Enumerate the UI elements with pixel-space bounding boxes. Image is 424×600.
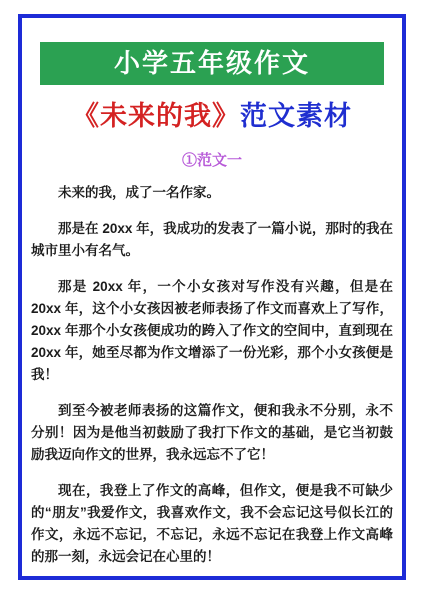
essay-body: 未来的我，成了一名作家。 那是在 20xx 年，我成功的发表了一篇小说，那时的我… <box>31 182 393 568</box>
document-page: 小学五年级作文 《未来的我》范文素材 ①范文一 未来的我，成了一名作家。 那是在… <box>0 0 424 600</box>
essay-title: 《未来的我》范文素材 <box>22 94 402 133</box>
essay-title-book-name: 《未来的我》 <box>72 101 240 131</box>
essay-paragraph-2: 那是在 20xx 年，我成功的发表了一篇小说，那时的我在城市里小有名气。 <box>31 218 393 262</box>
essay-title-suffix: 范文素材 <box>240 101 352 131</box>
essay-paragraph-1: 未来的我，成了一名作家。 <box>31 182 393 204</box>
essay-paragraph-4: 到至今被老师表扬的这篇作文，便和我永不分别，永不分别！因为是他当初鼓励了我打下作… <box>31 400 393 466</box>
section-label: ①范文一 <box>22 149 402 170</box>
grade-banner: 小学五年级作文 <box>40 42 384 85</box>
essay-paragraph-5: 现在，我登上了作文的高峰，但作文，便是我不可缺少的“朋友”我爱作文，我喜欢作文，… <box>31 480 393 568</box>
essay-paragraph-3: 那是 20xx 年，一个小女孩对写作没有兴趣，但是在 20xx 年，这个小女孩因… <box>31 276 393 386</box>
page-border-frame: 小学五年级作文 《未来的我》范文素材 ①范文一 未来的我，成了一名作家。 那是在… <box>18 14 406 580</box>
